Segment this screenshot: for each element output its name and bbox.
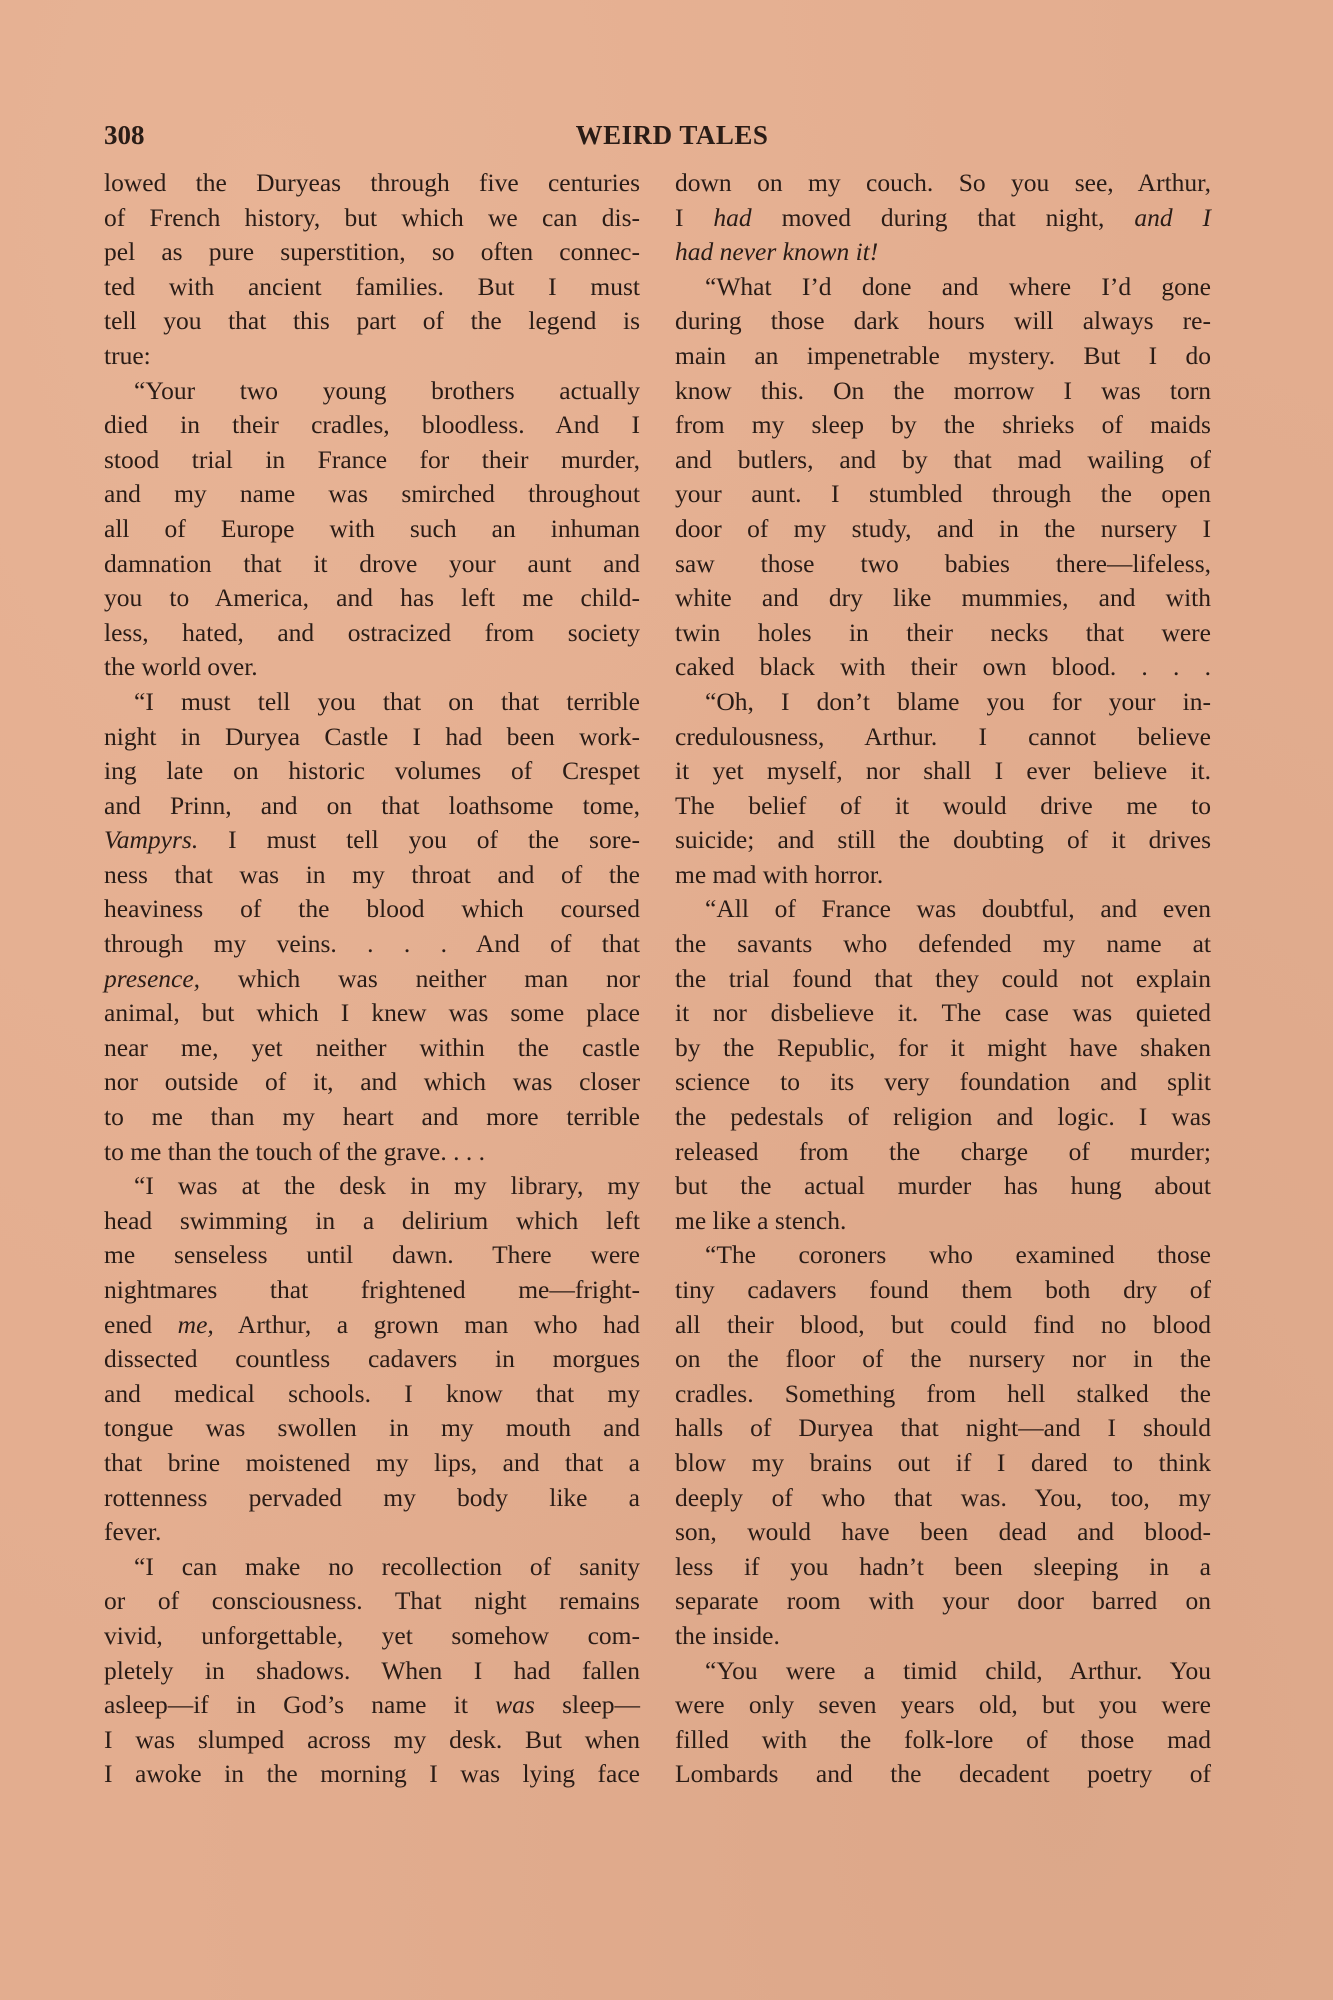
text-line: presence, which was neither man nor <box>104 962 640 997</box>
text-line: door of my study, and in the nursery I <box>675 512 1211 547</box>
text-line: had never known it! <box>675 235 1211 270</box>
text-line: the inside. <box>675 1619 1211 1654</box>
text-line: night in Duryea Castle I had been work- <box>104 720 640 755</box>
text-line: animal, but which I knew was some place <box>104 996 640 1031</box>
text-line: I awoke in the morning I was lying face <box>104 1757 640 1792</box>
text-line: less if you hadn’t been sleeping in a <box>675 1550 1211 1585</box>
text-line: vivid, unforgettable, yet somehow com- <box>104 1619 640 1654</box>
text-line: The belief of it would drive me to <box>675 789 1211 824</box>
text-line: “You were a timid child, Arthur. You <box>675 1654 1211 1689</box>
text-line: main an impenetrable mystery. But I do <box>675 339 1211 374</box>
text-line: blow my brains out if I dared to think <box>675 1446 1211 1481</box>
text-line: filled with the folk-lore of those mad <box>675 1723 1211 1758</box>
text-line: credulousness, Arthur. I cannot believe <box>675 720 1211 755</box>
text-line: and butlers, and by that mad wailing of <box>675 443 1211 478</box>
text-line: ness that was in my throat and of the <box>104 858 640 893</box>
text-line: “All of France was doubtful, and even <box>675 892 1211 927</box>
text-line: the savants who defended my name at <box>675 927 1211 962</box>
text-line: “I was at the desk in my library, my <box>104 1169 640 1204</box>
text-line: ted with ancient families. But I must <box>104 270 640 305</box>
text-line: from my sleep by the shrieks of maids <box>675 408 1211 443</box>
text-line: twin holes in their necks that were <box>675 616 1211 651</box>
text-line: heaviness of the blood which coursed <box>104 892 640 927</box>
text-line: I was slumped across my desk. But when <box>104 1723 640 1758</box>
text-line: that brine moistened my lips, and that a <box>104 1446 640 1481</box>
text-line: stood trial in France for their murder, <box>104 443 640 478</box>
text-line: know this. On the morrow I was torn <box>675 374 1211 409</box>
text-line: saw those two babies there—lifeless, <box>675 547 1211 582</box>
text-line: rottenness pervaded my body like a <box>104 1481 640 1516</box>
text-line: white and dry like mummies, and with <box>675 581 1211 616</box>
text-line: but the actual murder has hung about <box>675 1169 1211 1204</box>
text-line: pel as pure superstition, so often conne… <box>104 235 640 270</box>
text-line: less, hated, and ostracized from society <box>104 616 640 651</box>
text-line: “The coroners who examined those <box>675 1238 1211 1273</box>
text-line: dissected countless cadavers in morgues <box>104 1342 640 1377</box>
text-line: I had moved during that night, and I <box>675 201 1211 236</box>
text-line: lowed the Duryeas through five centuries <box>104 166 640 201</box>
text-line: cradles. Something from hell stalked the <box>675 1377 1211 1412</box>
text-line: science to its very foundation and split <box>675 1065 1211 1100</box>
text-line: down on my couch. So you see, Arthur, <box>675 166 1211 201</box>
text-line: tongue was swollen in my mouth and <box>104 1411 640 1446</box>
text-line: during those dark hours will always re- <box>675 304 1211 339</box>
text-line: and my name was smirched throughout <box>104 477 640 512</box>
page-header: 308 WEIRD TALES <box>104 120 1210 160</box>
text-line: were only seven years old, but you were <box>675 1688 1211 1723</box>
text-line: it yet myself, nor shall I ever believe … <box>675 754 1211 789</box>
text-line: separate room with your door barred on <box>675 1584 1211 1619</box>
text-line: or of consciousness. That night remains <box>104 1584 640 1619</box>
text-line: suicide; and still the doubting of it dr… <box>675 823 1211 858</box>
text-line: nightmares that frightened me—fright- <box>104 1273 640 1308</box>
text-line: to me than my heart and more terrible <box>104 1100 640 1135</box>
text-line: true: <box>104 339 640 374</box>
text-line: ened me, Arthur, a grown man who had <box>104 1308 640 1343</box>
running-title: WEIRD TALES <box>104 120 1210 151</box>
text-line: caked black with their own blood. . . . <box>675 650 1211 685</box>
text-line: son, would have been dead and blood- <box>675 1515 1211 1550</box>
text-line: pletely in shadows. When I had fallen <box>104 1654 640 1689</box>
text-line: Vampyrs. I must tell you of the sore- <box>104 823 640 858</box>
right-column: down on my couch. So you see, Arthur,I h… <box>675 166 1211 1792</box>
text-line: by the Republic, for it might have shake… <box>675 1031 1211 1066</box>
text-line: the world over. <box>104 650 640 685</box>
text-line: to me than the touch of the grave. . . . <box>104 1135 640 1170</box>
text-line: me senseless until dawn. There were <box>104 1238 640 1273</box>
left-column: lowed the Duryeas through five centuries… <box>104 166 640 1792</box>
text-line: of French history, but which we can dis- <box>104 201 640 236</box>
text-line: and Prinn, and on that loathsome tome, <box>104 789 640 824</box>
text-line: “Oh, I don’t blame you for your in- <box>675 685 1211 720</box>
text-line: the pedestals of religion and logic. I w… <box>675 1100 1211 1135</box>
text-line: tell you that this part of the legend is <box>104 304 640 339</box>
text-line: Lombards and the decadent poetry of <box>675 1757 1211 1792</box>
text-line: head swimming in a delirium which left <box>104 1204 640 1239</box>
text-line: “What I’d done and where I’d gone <box>675 270 1211 305</box>
text-line: died in their cradles, bloodless. And I <box>104 408 640 443</box>
text-line: through my veins. . . . And of that <box>104 927 640 962</box>
text-line: it nor disbelieve it. The case was quiet… <box>675 996 1211 1031</box>
text-line: me like a stench. <box>675 1204 1211 1239</box>
text-line: released from the charge of murder; <box>675 1135 1211 1170</box>
text-line: your aunt. I stumbled through the open <box>675 477 1211 512</box>
text-line: and medical schools. I know that my <box>104 1377 640 1412</box>
text-line: damnation that it drove your aunt and <box>104 547 640 582</box>
text-line: halls of Duryea that night—and I should <box>675 1411 1211 1446</box>
text-line: on the floor of the nursery nor in the <box>675 1342 1211 1377</box>
text-line: you to America, and has left me child- <box>104 581 640 616</box>
text-line: me mad with horror. <box>675 858 1211 893</box>
text-line: “I must tell you that on that terrible <box>104 685 640 720</box>
text-line: “Your two young brothers actually <box>104 374 640 409</box>
text-line: “I can make no recollection of sanity <box>104 1550 640 1585</box>
text-line: the trial found that they could not expl… <box>675 962 1211 997</box>
text-line: near me, yet neither within the castle <box>104 1031 640 1066</box>
text-line: all their blood, but could find no blood <box>675 1308 1211 1343</box>
text-line: tiny cadavers found them both dry of <box>675 1273 1211 1308</box>
text-line: fever. <box>104 1515 640 1550</box>
text-line: asleep—if in God’s name it was sleep— <box>104 1688 640 1723</box>
text-line: all of Europe with such an inhuman <box>104 512 640 547</box>
text-line: ing late on historic volumes of Crespet <box>104 754 640 789</box>
text-line: deeply of who that was. You, too, my <box>675 1481 1211 1516</box>
text-line: nor outside of it, and which was closer <box>104 1065 640 1100</box>
